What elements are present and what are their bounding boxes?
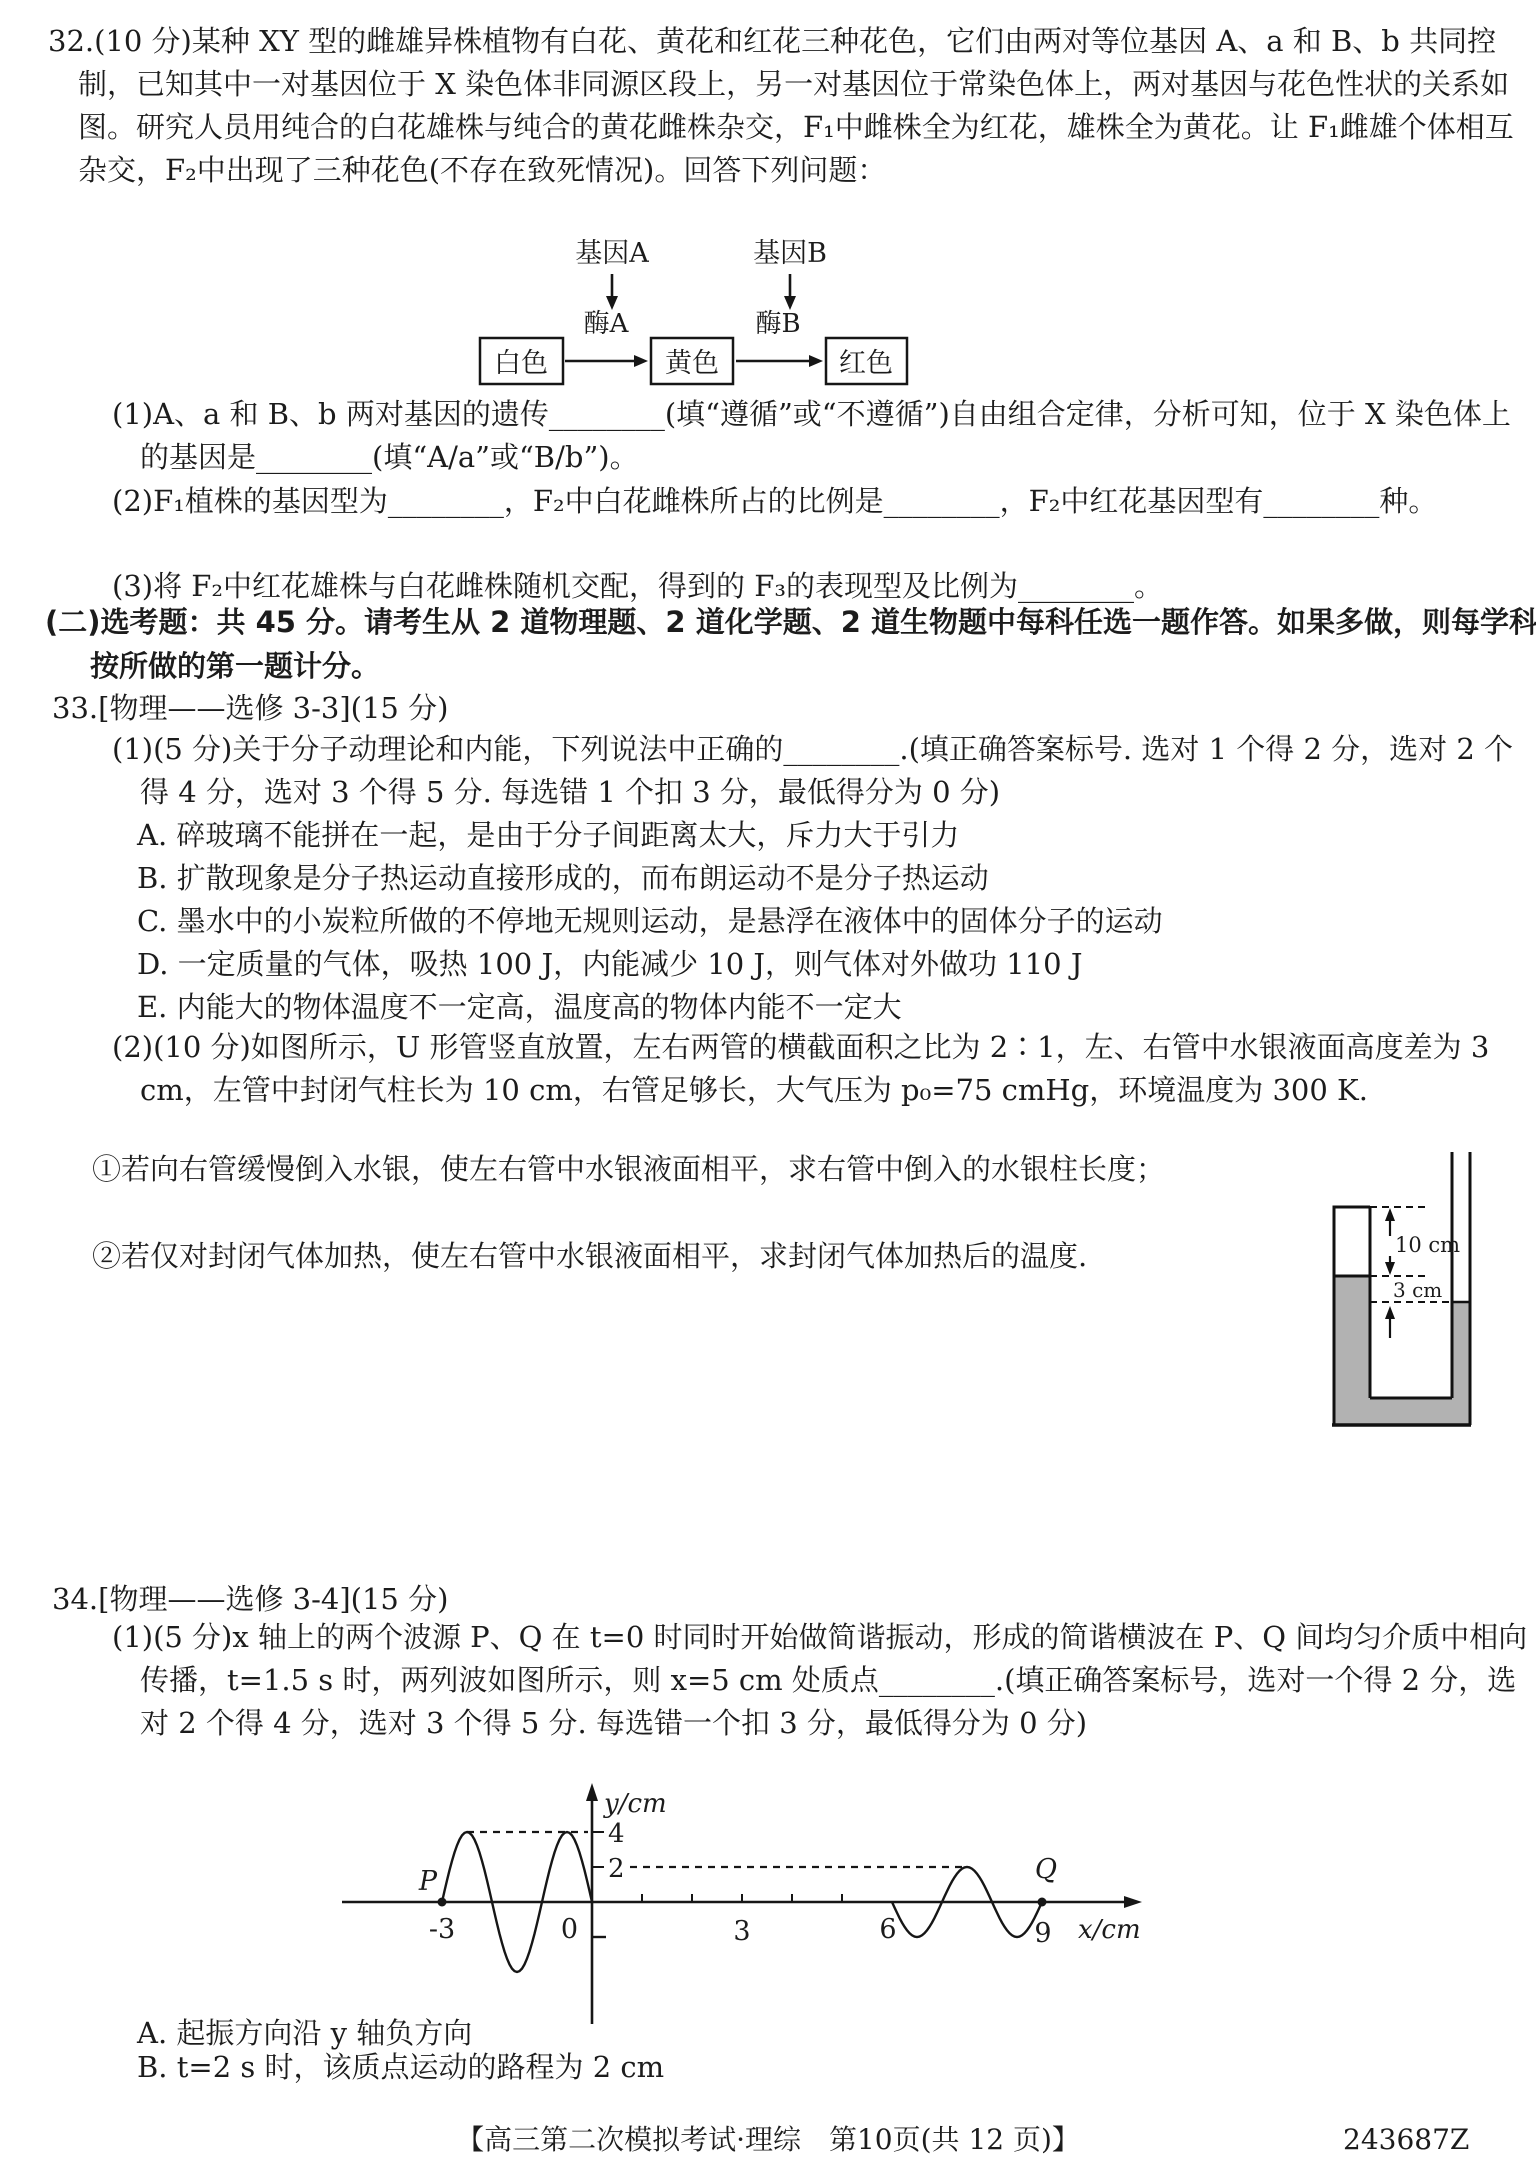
yellow-color-label: 黄色 bbox=[665, 348, 719, 379]
q34-number: 34. bbox=[52, 1582, 98, 1616]
gene-a-down-arrowhead bbox=[606, 296, 618, 310]
page-footer: 【高三第二次模拟考试·理综 第10页(共 12 页)】 243687Z bbox=[0, 2118, 1536, 2162]
q34-option-b: B. t=2 s 时，该质点运动的路程为 2 cm bbox=[137, 2046, 664, 2089]
q33-option-c: C. 墨水中的小炭粒所做的不停地无规则运动，是悬浮在液体中的固体分子的运动 bbox=[137, 900, 1497, 943]
q32-pathway-figure: 基因A 基因B 酶A 酶B 白色 黄色 红色 bbox=[440, 230, 1080, 395]
q33-options: A. 碎玻璃不能拼在一起，是由于分子间距离太大，斥力大于引力 B. 扩散现象是分… bbox=[137, 814, 1497, 1029]
q33-option-e: E. 内能大的物体温度不一定高，温度高的物体内能不一定大 bbox=[137, 986, 1497, 1029]
q33-item1: ①若向右管缓慢倒入水银，使左右管中水银液面相平，求右管中倒入的水银柱长度； bbox=[92, 1148, 1312, 1191]
diff-arrow-up-head bbox=[1385, 1306, 1395, 1319]
q33-option-b: B. 扩散现象是分子热运动直接形成的，而布朗运动不是分子热运动 bbox=[137, 857, 1497, 900]
enzyme-a-label: 酶A bbox=[584, 309, 630, 339]
gene-b-label: 基因B bbox=[753, 238, 827, 269]
source-q-label: Q bbox=[1035, 1854, 1057, 1885]
q34-sub1: (1)(5 分)x 轴上的两个波源 P、Q 在 t=0 时同时开始做简谐振动，形… bbox=[112, 1616, 1530, 1745]
q32-sub1: (1)A、a 和 B、b 两对基因的遗传________(填“遵循”或“不遵循”… bbox=[112, 393, 1525, 479]
section2-heading: (二)选考题：共 45 分。请考生从 2 道物理题、2 道化学题、2 道生物题中… bbox=[45, 600, 1536, 688]
x-tick-label-neg3: -3 bbox=[429, 1914, 455, 1945]
q32-number: 32. bbox=[48, 24, 94, 58]
x-tick-label-3: 3 bbox=[733, 1916, 750, 1947]
x-tick-label-6: 6 bbox=[879, 1914, 896, 1945]
q33-option-d: D. 一定质量的气体，吸热 100 J，内能减少 10 J，则气体对外做功 11… bbox=[137, 943, 1497, 986]
x-tick-label-9: 9 bbox=[1034, 1918, 1051, 1949]
gas-dim-arrow-up-head bbox=[1385, 1208, 1395, 1221]
q33-option-a: A. 碎玻璃不能拼在一起，是由于分子间距离太大，斥力大于引力 bbox=[137, 814, 1497, 857]
wave-plot: y/cm x/cm 4 2 -3 0 3 6 9 P Q bbox=[330, 1778, 1160, 2033]
footer-title: 【高三第二次模拟考试·理综 第10页(共 12 页)】 bbox=[0, 2118, 1536, 2161]
q34-title: [物理——选修 3-4](15 分) bbox=[98, 1582, 448, 1616]
q33-heading: 33.[物理——选修 3-3](15 分) bbox=[52, 687, 1452, 730]
q32-sub2: (2)F₁植株的基因型为________，F₂中白花雌株所占的比例是______… bbox=[112, 480, 1525, 523]
gene-a-label: 基因A bbox=[575, 238, 649, 269]
y-axis-label: y/cm bbox=[603, 1789, 667, 1819]
gas-dim-arrow-down-head bbox=[1385, 1262, 1395, 1275]
enzyme-b-label: 酶B bbox=[755, 309, 800, 339]
q33-sub2: (2)(10 分)如图所示，U 形管竖直放置，左右两管的横截面积之比为 2∶1，… bbox=[112, 1026, 1532, 1112]
height-diff-label: 3 cm bbox=[1393, 1278, 1442, 1302]
footer-code: 243687Z bbox=[1343, 2118, 1469, 2161]
yellow-to-red-arrowhead bbox=[809, 355, 823, 367]
q32-stem-text: (10 分)某种 XY 型的雌雄异株植物有白花、黄花和红花三种花色，它们由两对等… bbox=[78, 24, 1514, 187]
white-to-yellow-arrowhead bbox=[634, 355, 648, 367]
gas-column-length-label: 10 cm bbox=[1395, 1233, 1460, 1257]
source-p-label: P bbox=[418, 1866, 438, 1897]
u-tube-figure: 10 cm 3 cm bbox=[1305, 1140, 1480, 1440]
q33-sub1: (1)(5 分)关于分子动理论和内能，下列说法中正确的________.(填正确… bbox=[112, 728, 1528, 814]
x-tick-label-0: 0 bbox=[561, 1914, 578, 1945]
q33-title: [物理——选修 3-3](15 分) bbox=[98, 691, 448, 725]
q33-number: 33. bbox=[52, 691, 98, 725]
q34-heading: 34.[物理——选修 3-4](15 分) bbox=[52, 1578, 1452, 1621]
white-color-label: 白色 bbox=[494, 348, 548, 379]
exam-page: { "q32": { "number": "32.", "stem": "(10… bbox=[0, 0, 1536, 2180]
x-axis-arrowhead bbox=[1124, 1896, 1142, 1908]
q32-stem: 32.(10 分)某种 XY 型的雌雄异株植物有白花、黄花和红花三种花色，它们由… bbox=[48, 20, 1524, 192]
y-axis-arrowhead bbox=[586, 1783, 598, 1801]
y-tick-label-4: 4 bbox=[608, 1819, 625, 1849]
x-axis-label: x/cm bbox=[1078, 1915, 1141, 1945]
gene-b-down-arrowhead bbox=[784, 296, 796, 310]
q33-item2: ②若仅对封闭气体加热，使左右管中水银液面相平，求封闭气体加热后的温度. bbox=[92, 1235, 1312, 1278]
red-color-label: 红色 bbox=[839, 348, 893, 379]
y-tick-label-2: 2 bbox=[608, 1854, 625, 1884]
